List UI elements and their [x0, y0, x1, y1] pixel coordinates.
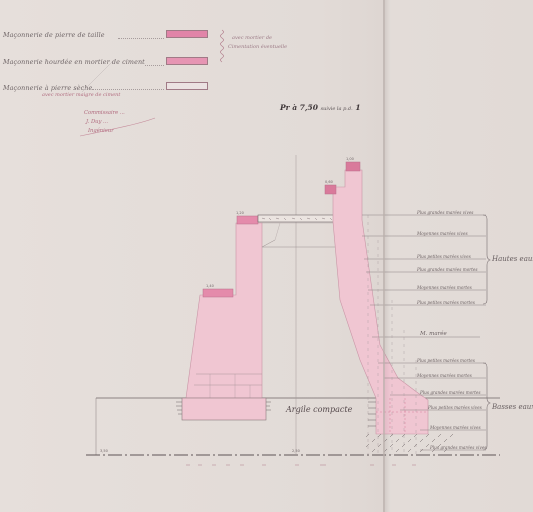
- upper-group-brace-icon: [483, 215, 490, 304]
- lower-group-label: Basses eaux: [492, 403, 533, 411]
- dim-label: 0,60: [325, 180, 333, 184]
- lower-group-brace-icon: [483, 363, 490, 450]
- signature-flourish: [80, 118, 155, 136]
- layer-label: Plus petites marées mortes: [417, 358, 475, 363]
- layer-label: Plus grandes marées vives: [430, 445, 486, 450]
- dim-label: 1,00: [346, 157, 354, 161]
- dim-label: 3,50: [100, 449, 108, 453]
- right-wall: [333, 170, 428, 434]
- pencil-stroke: [82, 62, 112, 92]
- layer-label: Moyennes marées vives: [430, 425, 481, 430]
- dim-label: 1,20: [236, 211, 244, 215]
- layer-label: Moyennes marées mortes: [417, 373, 472, 378]
- parapet-cap-stone: [346, 162, 360, 171]
- mean-tide-label: M. marée: [420, 331, 447, 337]
- upper-group-label: Hautes eaux: [492, 255, 533, 263]
- left-top-cap-stone: [237, 216, 258, 224]
- step-cap-stone: [325, 185, 336, 194]
- dim-label: 1,40: [206, 284, 214, 288]
- layer-label: Plus grandes marées mortes: [417, 267, 478, 272]
- paper-fold-shadow: [385, 0, 391, 512]
- drawing-sheet: Maçonnerie de pierre de taille Maçonneri…: [0, 0, 533, 512]
- fill-line: [262, 240, 275, 247]
- legend-brace-icon: [221, 30, 224, 62]
- layer-label: Plus grandes marées mortes: [420, 390, 481, 395]
- dim-label: 2,50: [292, 449, 300, 453]
- left-wall: [186, 223, 262, 398]
- layer-label: Moyennes marées mortes: [417, 285, 472, 290]
- soil-label: Argile compacte: [286, 405, 352, 414]
- layer-label: Plus petites marées vives: [417, 254, 471, 259]
- left-step-cap-stone: [203, 289, 233, 297]
- layer-label: Plus petites marées vives: [428, 405, 482, 410]
- upper-tide-lines: [362, 215, 486, 305]
- fill-line: [275, 223, 280, 240]
- layer-label: Plus petites marées mortes: [417, 300, 475, 305]
- layer-label: Moyennes marées vives: [417, 231, 468, 236]
- left-foundation: [182, 398, 266, 420]
- layer-label: Plus grandes marées vives: [417, 210, 473, 215]
